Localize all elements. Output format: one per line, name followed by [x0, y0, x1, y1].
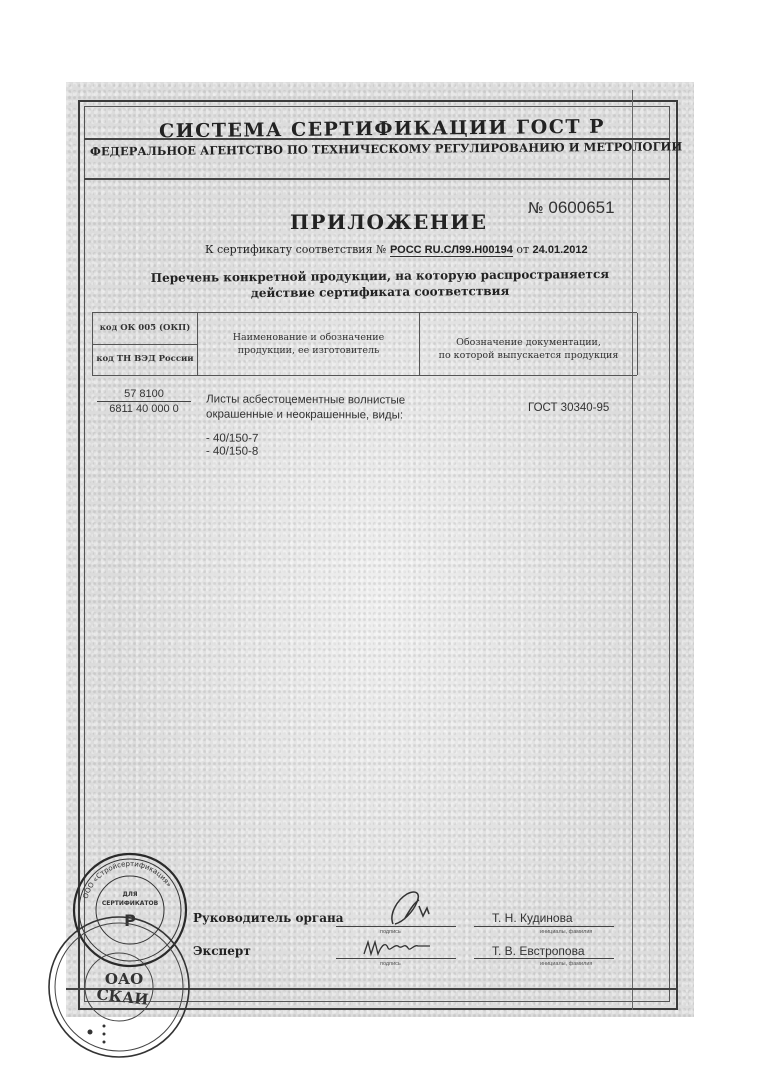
- head-name: Т. Н. Кудинова: [492, 911, 573, 925]
- number-sign: №: [528, 199, 544, 217]
- okp-code-header: код ОК 005 (ОКП): [93, 313, 197, 345]
- okp-code: 57 8100: [97, 388, 191, 402]
- tnved-code-header: код ТН ВЭД России: [93, 345, 197, 376]
- product-header-line2: продукции, ее изготовитель: [233, 344, 385, 357]
- appendix-number-value: 0600651: [548, 198, 614, 217]
- head-role-label: Руководитель органа: [193, 911, 344, 925]
- expert-signature-caption: подпись: [380, 961, 401, 967]
- table-row-document: ГОСТ 30340-95: [528, 402, 609, 414]
- cert-date: 24.01.2012: [533, 244, 588, 256]
- head-signature-caption: подпись: [380, 929, 401, 935]
- certificate-reference: К сертификату соответствия № РОСС RU.СЛ9…: [205, 243, 588, 256]
- product-list-title: Перечень конкретной продукции, на котору…: [150, 266, 610, 302]
- svg-text:ОАО: ОАО: [105, 970, 143, 988]
- cert-prefix: К сертификату соответствия №: [205, 243, 386, 256]
- appendix-number: № 0600651: [528, 198, 615, 218]
- table-header: код ОК 005 (ОКП) код ТН ВЭД России Наиме…: [92, 312, 637, 376]
- code-column-header: код ОК 005 (ОКП) код ТН ВЭД России: [93, 313, 198, 375]
- expert-name-caption: инициалы, фамилия: [540, 961, 592, 967]
- svg-text:СЕРТИФИКАТОВ: СЕРТИФИКАТОВ: [102, 900, 159, 907]
- head-name-caption: инициалы, фамилия: [540, 929, 592, 935]
- product-variants: - 40/150-7 - 40/150-8: [206, 432, 405, 459]
- variant-item: - 40/150-7: [206, 432, 405, 446]
- product-name-header: Наименование и обозначение продукции, ее…: [198, 313, 420, 375]
- product-line2: окрашенные и неокрашенные, виды:: [206, 407, 405, 423]
- table-row-product: Листы асбестоцементные волнистые окрашен…: [206, 392, 405, 459]
- document-header: Обозначение документации, по которой вып…: [420, 313, 638, 375]
- expert-signature-line: [336, 958, 456, 959]
- expert-name: Т. В. Евстропова: [492, 944, 585, 958]
- cert-date-prefix: от: [516, 243, 529, 256]
- expert-signature-icon: [362, 936, 432, 958]
- expert-role-label: Эксперт: [193, 944, 251, 958]
- expert-name-line: [474, 958, 614, 959]
- product-header-line1: Наименование и обозначение: [233, 331, 385, 344]
- table-row-codes: 57 8100 6811 40 000 0: [97, 388, 191, 415]
- doc-header-line1: Обозначение документации,: [439, 336, 619, 349]
- head-name-line: [474, 926, 614, 927]
- variant-item: - 40/150-8: [206, 445, 405, 459]
- product-line1: Листы асбестоцементные волнистые: [206, 392, 405, 408]
- company-stamp-icon: ОАО СКАИ: [44, 912, 194, 1062]
- svg-text:СКАИ: СКАИ: [96, 985, 150, 1008]
- appendix-title: ПРИЛОЖЕНИЕ: [290, 210, 487, 234]
- header-divider: [84, 178, 670, 180]
- scan-artifact-line: [632, 90, 633, 1010]
- tnved-code: 6811 40 000 0: [97, 402, 191, 415]
- cert-number: РОСС RU.СЛ99.Н00194: [390, 244, 513, 257]
- doc-header-line2: по которой выпускается продукция: [439, 349, 619, 362]
- svg-text:ДЛЯ: ДЛЯ: [123, 891, 138, 898]
- head-signature-icon: [385, 888, 435, 928]
